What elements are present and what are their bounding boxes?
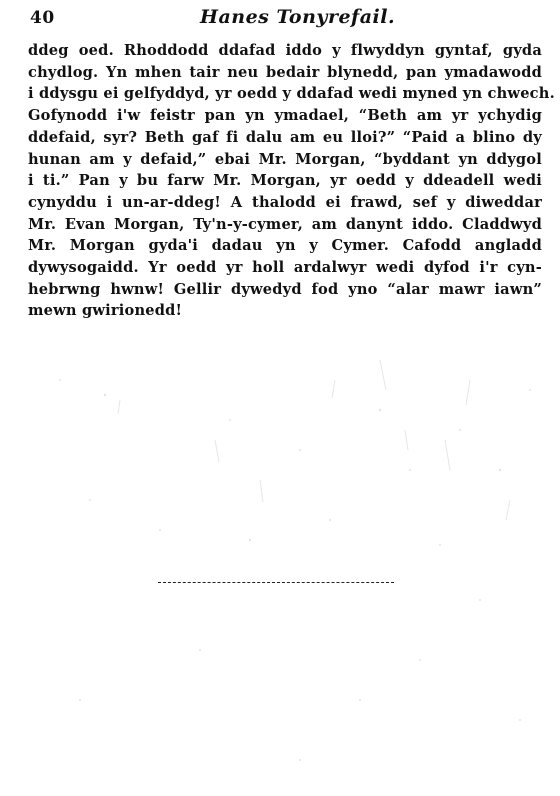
text-line: chydlog. Yn mhen tair neu bedair blynedd… — [28, 62, 542, 84]
section-end-rule — [158, 582, 394, 583]
text-line: hebrwng hwnw! Gellir dywedyd fod yno “al… — [28, 279, 542, 301]
page-number: 40 — [30, 8, 55, 28]
text-line: Gofynodd i'w feistr pan yn ymadael, “Bet… — [28, 105, 542, 127]
text-line: dywysogaidd. Yr oedd yr holl ardalwyr we… — [28, 257, 542, 279]
text-line: Mr. Evan Morgan, Ty'n-y-cymer, am danynt… — [28, 214, 542, 236]
text-line: mewn gwirionedd! — [28, 300, 542, 322]
text-line: hunan am y defaid,” ebai Mr. Morgan, “by… — [28, 149, 542, 171]
text-line: Mr. Morgan gyda'i dadau yn y Cymer. Cafo… — [28, 235, 542, 257]
body-paragraph: ddeg oed. Rhoddodd ddafad iddo y flwyddy… — [28, 40, 542, 322]
text-line: i ti.” Pan y bu farw Mr. Morgan, yr oedd… — [28, 170, 542, 192]
running-head: Hanes Tonyrefail. — [200, 6, 395, 28]
text-line: cynyddu i un-ar-ddeg! A thalodd ei frawd… — [28, 192, 542, 214]
text-line: ddefaid, syr? Beth gaf fi dalu am eu llo… — [28, 127, 542, 149]
text-line: i ddysgu ei gelfyddyd, yr oedd y ddafad … — [28, 83, 542, 105]
text-line: ddeg oed. Rhoddodd ddafad iddo y flwyddy… — [28, 40, 542, 62]
